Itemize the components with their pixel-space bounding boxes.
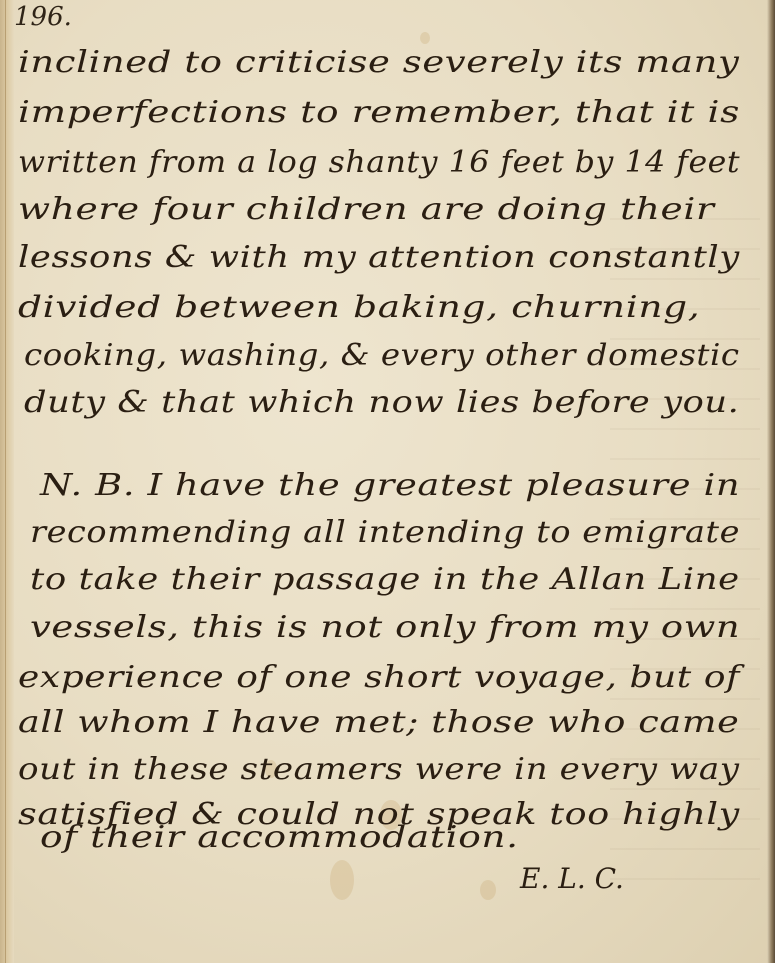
text-line: duty & that which now lies before you. [24,385,739,420]
text-line: experience of one short voyage, but of [18,660,740,695]
text-line: where four children are doing their [18,192,715,227]
paper-stain [330,860,354,900]
text-line: of their accommodation. [40,820,519,855]
text-line: divided between baking, churning, [18,290,700,325]
page-number: 196. [14,2,72,32]
text-line: N. B. I have the greatest pleasure in [40,468,740,503]
text-line: to take their passage in the Allan Line [30,562,740,597]
text-line: lessons & with my attention constantly [18,240,740,275]
text-line: cooking, washing, & every other domestic [24,338,740,373]
text-line: out in these steamers were in every way [18,752,740,787]
text-line: inclined to criticise severely its many [18,45,739,80]
paper-stain [480,880,496,900]
text-line: imperfections to remember, that it is [18,95,740,130]
page-right-edge [767,0,775,963]
text-line: all whom I have met; those who came [18,705,739,740]
text-line: vessels, this is not only from my own [30,610,740,645]
signature: E. L. C. [520,862,624,895]
text-line: written from a log shanty 16 feet by 14 … [18,145,740,180]
manuscript-page: 196. inclined to criticise severely its … [0,0,775,963]
text-line: recommending all intending to emigrate [30,515,740,550]
paper-stain [420,32,430,44]
page-left-edge [0,0,14,963]
